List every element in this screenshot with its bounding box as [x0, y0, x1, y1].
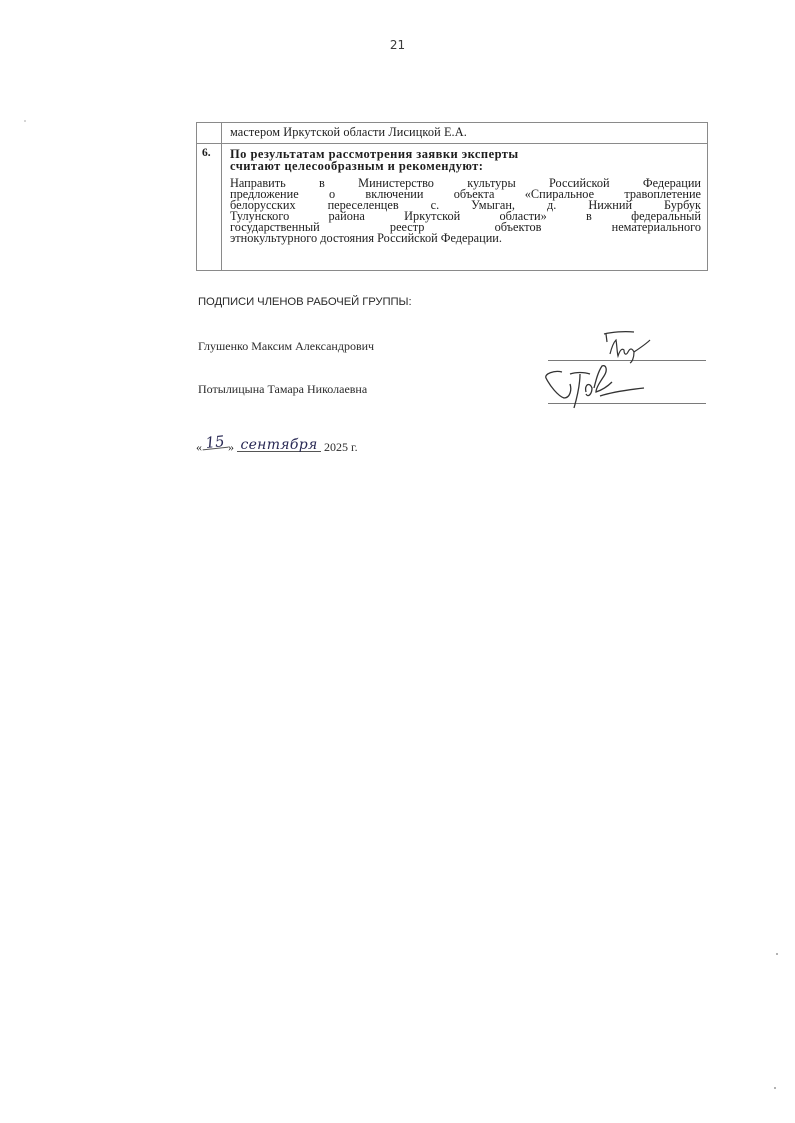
member-name: Потылицына Тамара Николаевна [198, 382, 367, 397]
signing-date: «15» сентября2025 г. [196, 440, 358, 455]
scan-speck [774, 1087, 776, 1089]
handwritten-signature-icon [590, 328, 660, 364]
member-name: Глушенко Максим Александрович [198, 339, 374, 354]
row-number-cell: 6. [197, 144, 222, 271]
scan-speck [24, 120, 26, 122]
table-row: мастером Иркутской области Лисицкой Е.А. [197, 123, 708, 144]
handwritten-signature-icon [540, 362, 650, 412]
table-row: 6. По результатам рассмотрения заявки эк… [197, 144, 708, 271]
row-number [197, 123, 221, 127]
row-number-cell [197, 123, 222, 144]
row-number: 6. [197, 144, 221, 159]
row-content-cell: По результатам рассмотрения заявки экспе… [222, 144, 708, 271]
recommendation-heading: По результатам рассмотрения заявки экспе… [222, 144, 546, 172]
date-day: 15 [201, 435, 228, 451]
row-content-cell: мастером Иркутской области Лисицкой Е.А. [222, 123, 708, 144]
conclusion-table: мастером Иркутской области Лисицкой Е.А.… [196, 122, 708, 271]
date-close-quote: » [228, 440, 234, 454]
scan-speck [776, 953, 778, 955]
date-month: сентября [237, 439, 321, 452]
row-text: мастером Иркутской области Лисицкой Е.А. [222, 123, 707, 138]
signatures-heading: ПОДПИСИ ЧЛЕНОВ РАБОЧЕЙ ГРУППЫ: [198, 296, 411, 308]
date-year: 2025 г. [324, 440, 358, 454]
page-number: 21 [0, 38, 795, 52]
recommendation-body: Направить в Министерство культуры Россий… [222, 172, 707, 244]
recommendation-line: этнокультурного достояния Российской Фед… [230, 233, 701, 244]
